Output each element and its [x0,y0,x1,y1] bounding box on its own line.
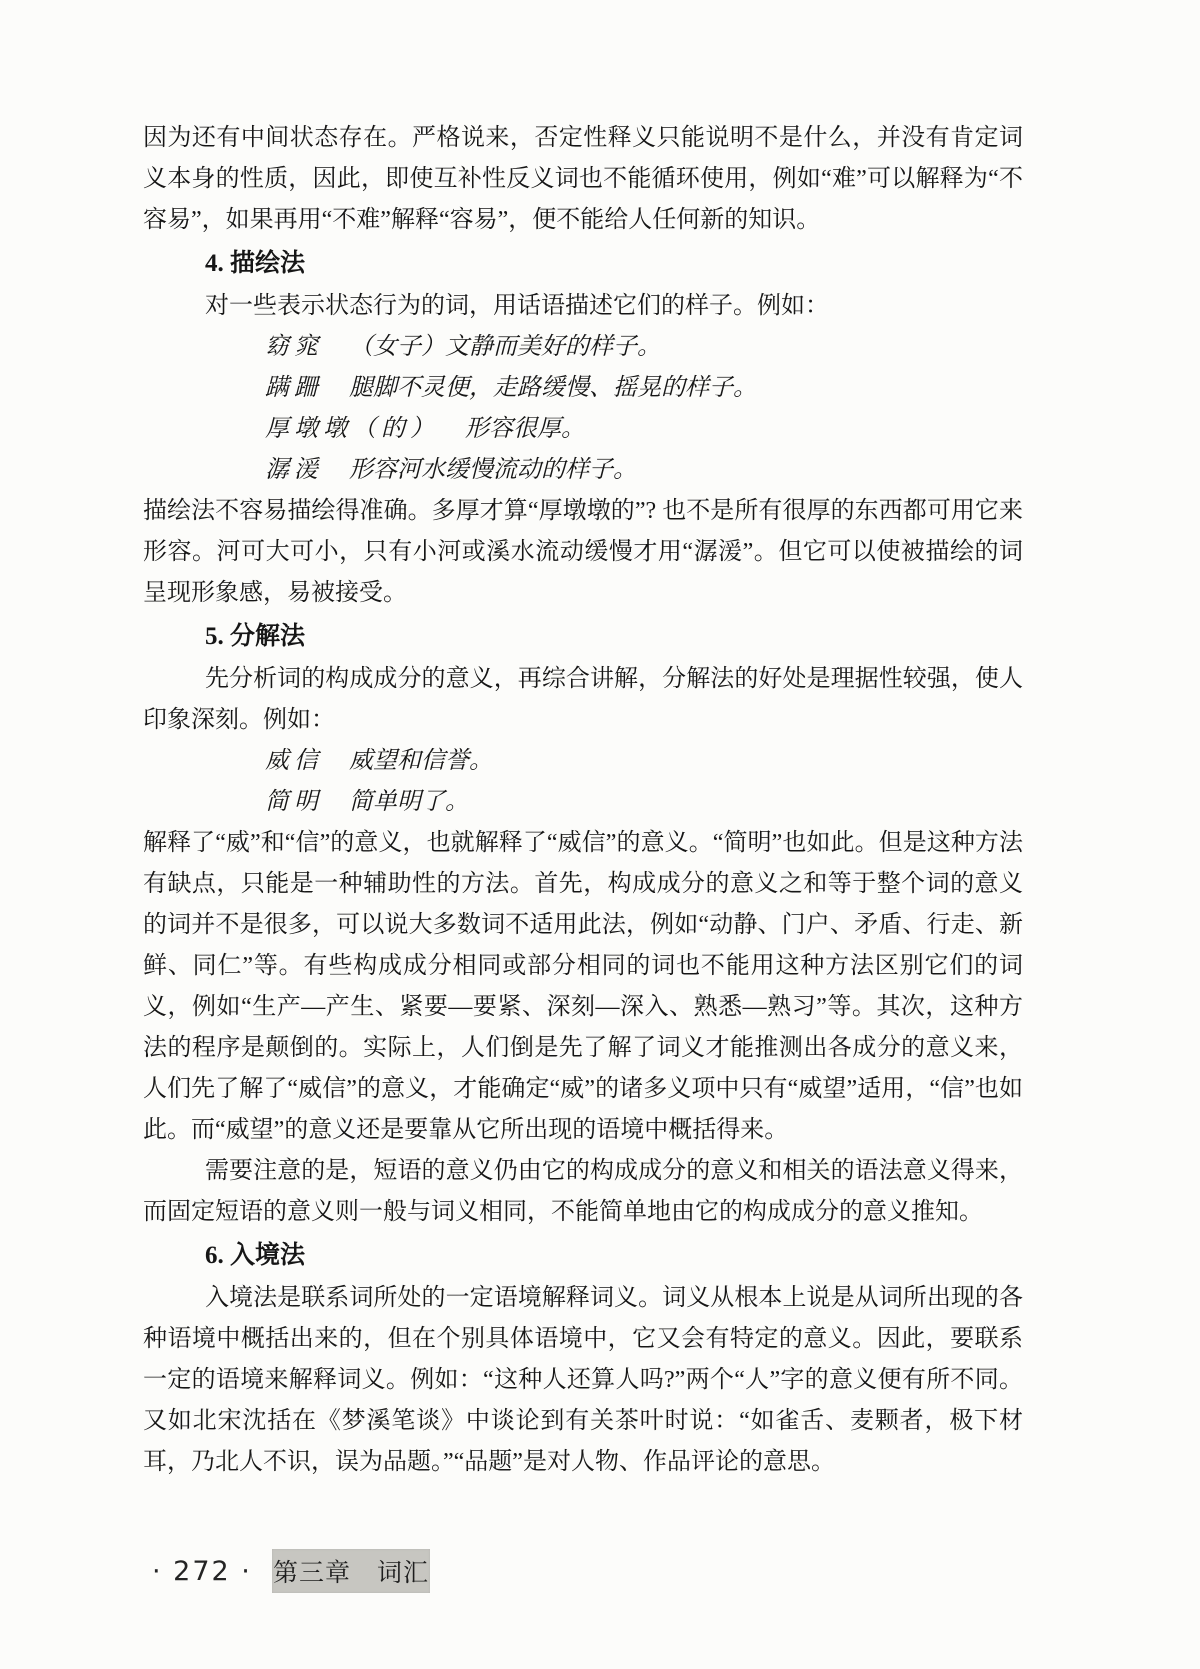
section-5-heading: 5. 分解法 [143,616,1023,657]
section-6-heading: 6. 入境法 [143,1235,1023,1276]
example-definition: 形容很厚。 [465,416,585,442]
intro-paragraph: 因为还有中间状态存在。严格说来，否定性释义只能说明不是什么，并没有肯定词义本身的… [143,118,1023,241]
example-term: 潺湲 [265,457,323,483]
section-4-lead: 对一些表示状态行为的词，用话语描述它们的样子。例如： [143,286,1023,327]
example-definition: 形容河水缓慢流动的样子。 [349,457,637,483]
example-definition: （女子）文静而美好的样子。 [349,334,661,360]
example-term: 厚墩墩（的） [265,416,439,442]
example-definition: 腿脚不灵便，走路缓慢、摇晃的样子。 [349,375,757,401]
example-item: 简明简单明了。 [143,782,1023,823]
example-term: 窈窕 [265,334,323,360]
book-page: 因为还有中间状态存在。严格说来，否定性释义只能说明不是什么，并没有肯定词义本身的… [0,0,1200,1669]
section-4-discussion: 描绘法不容易描绘得准确。多厚才算“厚墩墩的”? 也不是所有很厚的东西都可用它来形… [143,491,1023,614]
example-item: 潺湲形容河水缓慢流动的样子。 [143,450,1023,491]
example-item: 厚墩墩（的）形容很厚。 [143,409,1023,450]
chapter-badge: 第三章 词汇 [272,1549,430,1593]
example-definition: 简单明了。 [349,789,469,815]
page-number: · 272 · [152,1551,252,1593]
section-6-lead: 入境法是联系词所处的一定语境解释词义。词义从根本上说是从词所出现的各种语境中概括… [143,1278,1023,1483]
section-4-heading: 4. 描绘法 [143,243,1023,284]
example-term: 简明 [265,789,323,815]
example-item: 蹒跚腿脚不灵便，走路缓慢、摇晃的样子。 [143,368,1023,409]
example-item: 窈窕（女子）文静而美好的样子。 [143,327,1023,368]
section-5-lead: 先分析词的构成成分的意义，再综合讲解，分解法的好处是理据性较强，使人印象深刻。例… [143,659,1023,741]
example-term: 蹒跚 [265,375,323,401]
section-5-discussion: 解释了“威”和“信”的意义，也就解释了“威信”的意义。“简明”也如此。但是这种方… [143,823,1023,1151]
page-body: 因为还有中间状态存在。严格说来，否定性释义只能说明不是什么，并没有肯定词义本身的… [143,118,1023,1483]
example-definition: 威望和信誉。 [349,748,493,774]
example-term: 威信 [265,748,323,774]
example-item: 威信威望和信誉。 [143,741,1023,782]
section-5-note: 需要注意的是，短语的意义仍由它的构成成分的意义和相关的语法意义得来，而固定短语的… [143,1151,1023,1233]
